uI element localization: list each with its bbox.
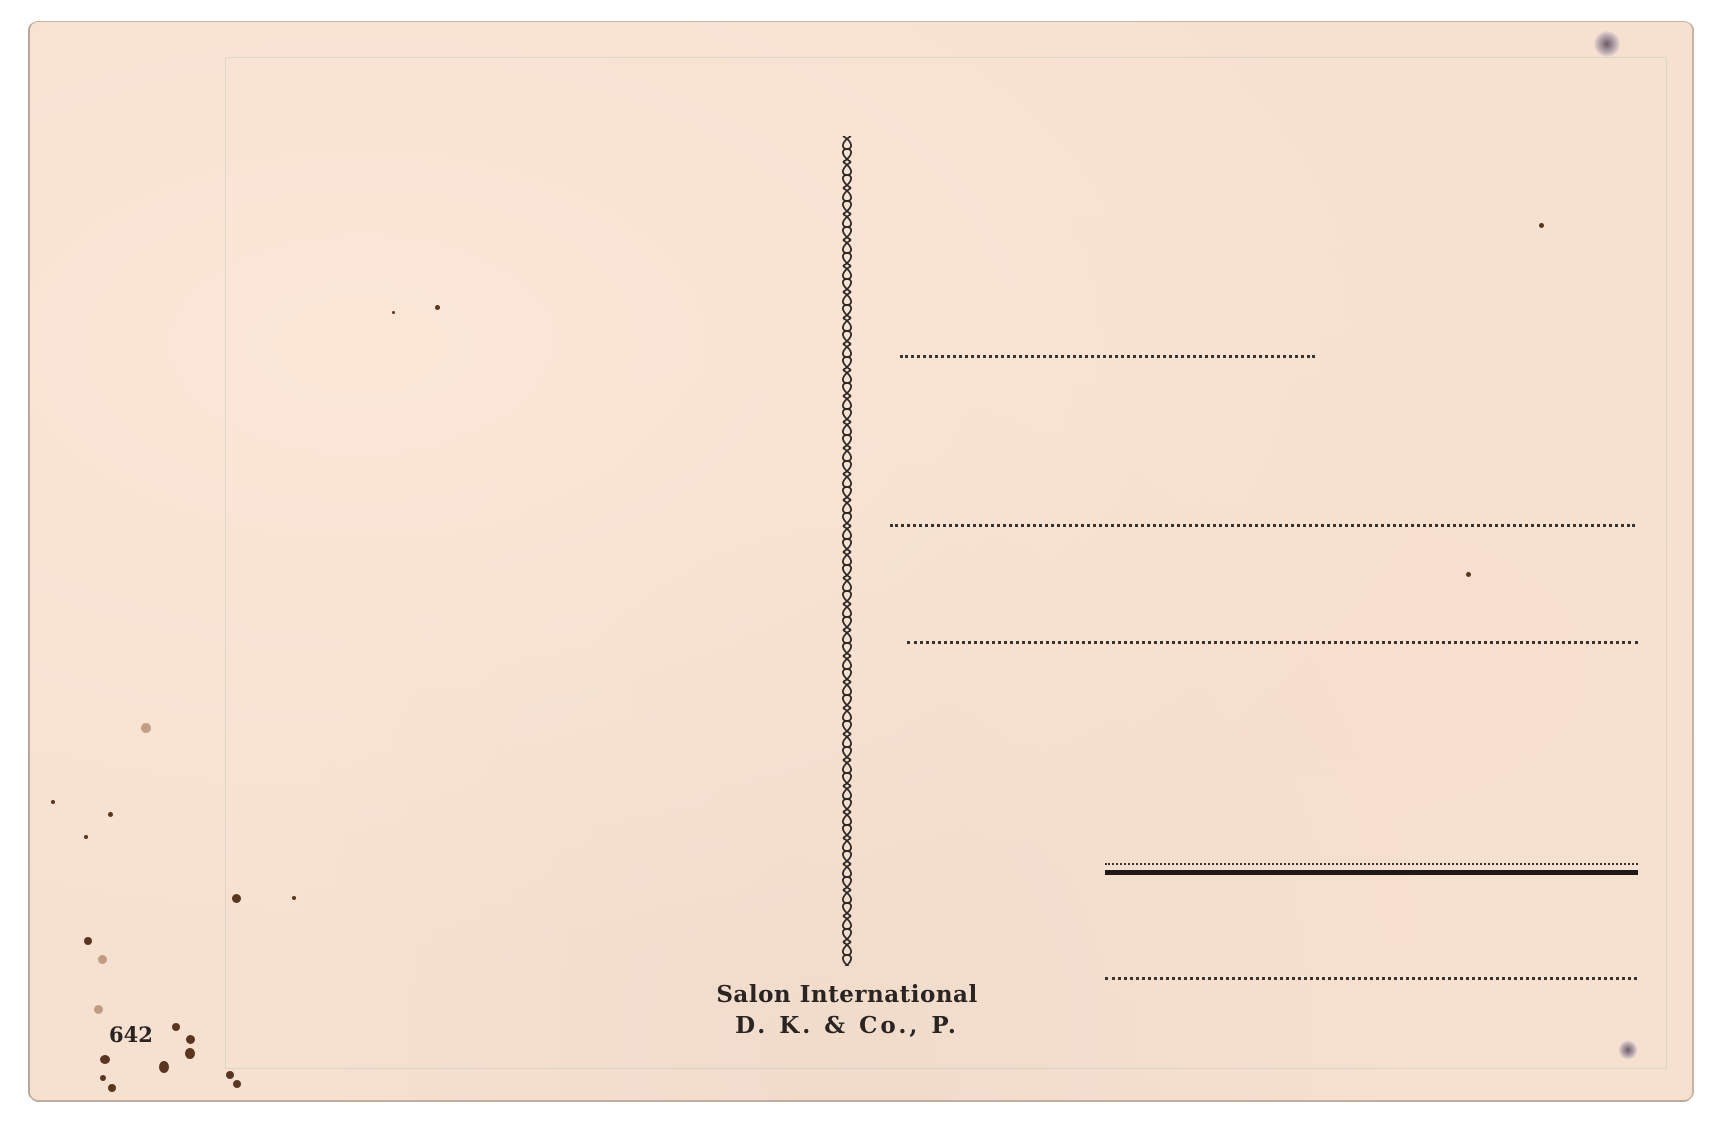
- address-line-4-guide: [1105, 863, 1638, 865]
- stain-spot: [292, 896, 296, 900]
- stain-spot: [172, 1023, 180, 1031]
- stain-spot: [94, 1005, 103, 1014]
- stain-spot: [108, 1084, 116, 1092]
- imprint-line-1: Salon International: [647, 980, 1047, 1010]
- stain-spot: [98, 955, 107, 964]
- address-line-5: [1105, 977, 1637, 980]
- postcard-back: Salon International D. K. & Co., P. 642: [30, 22, 1692, 1100]
- address-line-1: [900, 355, 1315, 358]
- address-line-4-solid: [1105, 870, 1638, 875]
- stain-spot: [185, 1048, 195, 1059]
- stain-spot: [84, 835, 88, 839]
- pinhole-top-right: [1594, 31, 1620, 57]
- stain-spot: [1466, 572, 1471, 577]
- stain-spot: [435, 305, 440, 310]
- faint-print-frame: [225, 57, 1667, 1069]
- serial-number: 642: [109, 1022, 153, 1047]
- pinhole-bottom-right: [1619, 1040, 1637, 1060]
- stain-spot: [51, 800, 55, 804]
- stain-spot: [141, 723, 151, 733]
- publisher-imprint: Salon International D. K. & Co., P.: [647, 980, 1047, 1042]
- stain-spot: [84, 937, 92, 945]
- address-line-2: [890, 524, 1635, 527]
- stain-spot: [159, 1061, 169, 1073]
- address-line-3: [907, 641, 1638, 644]
- stain-spot: [392, 311, 395, 314]
- twisted-rope-divider: [837, 136, 857, 966]
- stain-spot: [233, 1080, 241, 1088]
- stain-spot: [186, 1035, 195, 1044]
- stain-spot: [100, 1055, 110, 1064]
- stain-spot: [108, 812, 113, 817]
- imprint-line-2: D. K. & Co., P.: [647, 1010, 1047, 1042]
- stain-spot: [232, 894, 241, 903]
- stain-spot: [100, 1075, 106, 1081]
- stain-spot: [226, 1071, 234, 1079]
- stain-spot: [1539, 223, 1544, 228]
